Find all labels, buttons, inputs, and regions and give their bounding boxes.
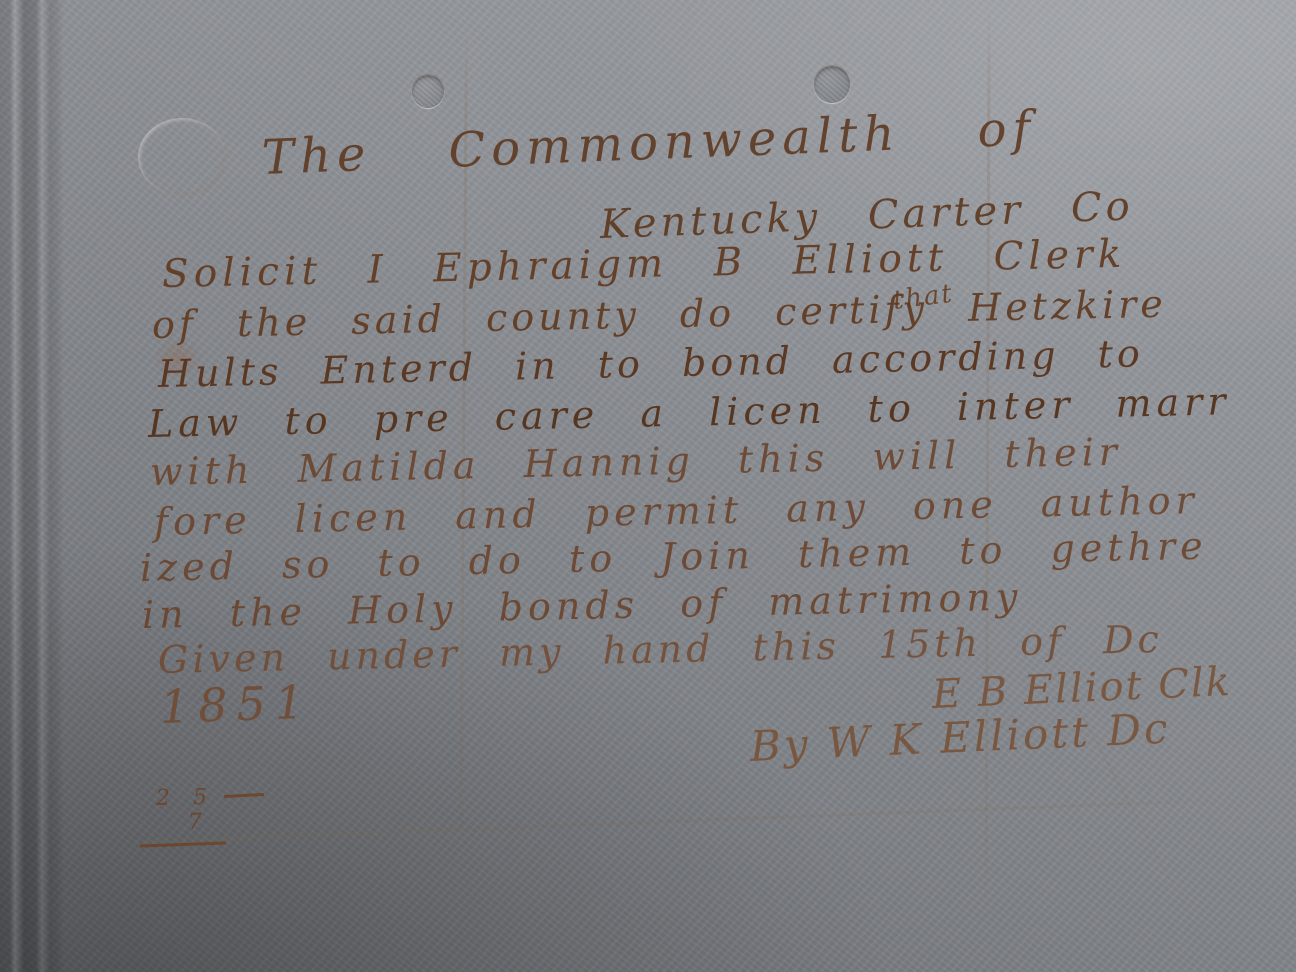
- clerk-notation-numerator: 2 5: [156, 785, 216, 811]
- punch-hole-right: [814, 66, 850, 103]
- paper-document: The Commonwealth of Kentucky Carter Co S…: [0, 0, 1296, 972]
- punch-hole-left: [412, 75, 444, 108]
- document-year: 1851: [159, 675, 314, 734]
- surface-seam-left: [0, 0, 64, 972]
- clerk-notation-dash: [224, 793, 264, 798]
- clerk-notation-denominator: 7: [188, 810, 203, 835]
- heading-commonwealth: The Commonwealth of: [261, 100, 1037, 186]
- embossed-seal: [138, 118, 226, 196]
- photo-frame: The Commonwealth of Kentucky Carter Co S…: [0, 0, 1296, 972]
- fold-crease-horizontal: [104, 798, 1231, 844]
